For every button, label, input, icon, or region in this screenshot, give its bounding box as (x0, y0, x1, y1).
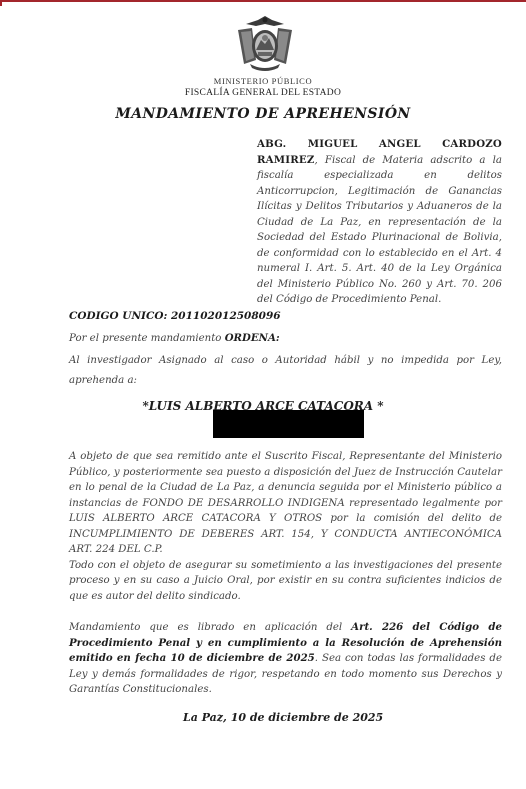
mandamiento-text-1: Mandamiento que es librado en aplicación… (69, 622, 351, 633)
preamble-paragraph: ABG. MIGUEL ANGEL CARDOZO RAMIREZ, Fisca… (257, 137, 502, 308)
top-border-line (0, 0, 526, 2)
codigo-unico: CODIGO UNICO: 201102012508096 (69, 309, 502, 325)
ordena-keyword: ORDENA: (225, 332, 280, 344)
left-border-mark (0, 0, 2, 6)
place-date: La Paz, 10 de diciembre de 2025 (183, 711, 383, 724)
redaction-box (213, 410, 364, 438)
todo-text: Todo con el objeto de asegurar su someti… (69, 558, 502, 605)
document-title: MANDAMIENTO DE APREHENSIÓN (0, 106, 526, 122)
instruction-paragraph: Al investigador Asignado al caso o Autor… (69, 351, 502, 391)
ordena-line: Por el presente mandamiento ORDENA: (69, 331, 502, 347)
institution-subtitle: FISCALÍA GENERAL DEL ESTADO (0, 88, 526, 98)
mandamiento-paragraph: Mandamiento que es librado en aplicación… (69, 620, 502, 698)
preamble-text: , Fiscal de Materia adscrito a la fiscal… (257, 155, 502, 306)
ordena-prefix: Por el presente mandamiento (69, 333, 225, 344)
objeto-text: A objeto de que sea remitido ante el Sus… (69, 449, 502, 558)
objeto-paragraph: A objeto de que sea remitido ante el Sus… (69, 449, 502, 604)
institution-name: MINISTERIO PÚBLICO (0, 76, 526, 86)
coat-of-arms-icon (232, 14, 298, 72)
